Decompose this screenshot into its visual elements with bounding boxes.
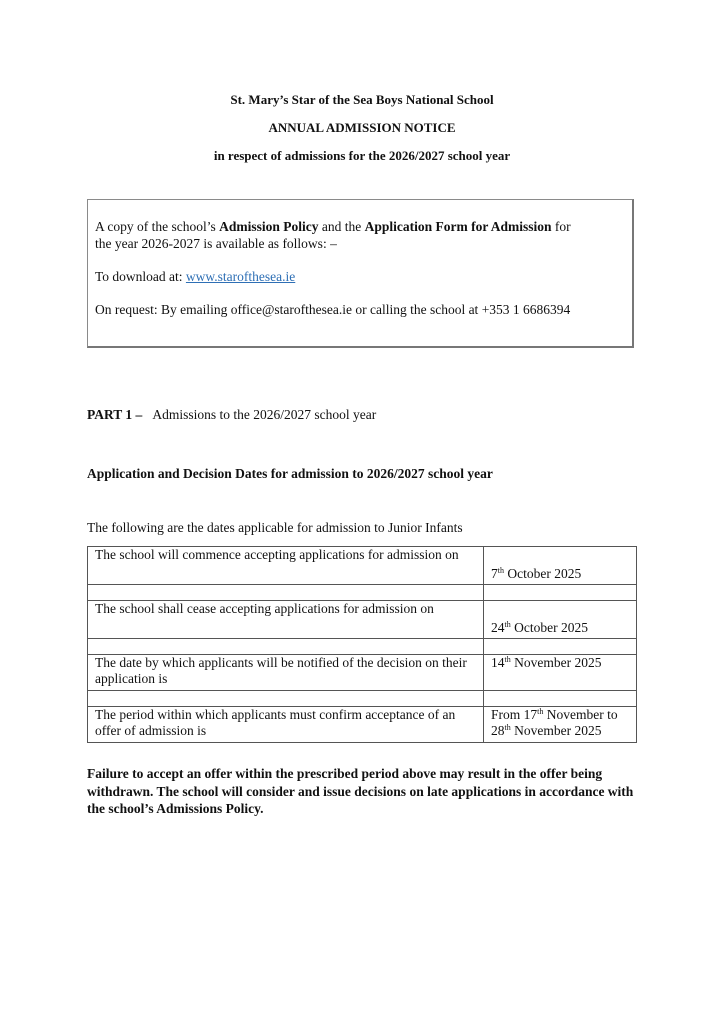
download-line: To download at: www.starofthesea.ie xyxy=(95,268,295,285)
spacer-row xyxy=(88,585,637,601)
table-row: The period within which applicants must … xyxy=(88,707,637,743)
row-date: 24th October 2025 xyxy=(484,601,637,639)
notice-subtitle: in respect of admissions for the 2026/20… xyxy=(0,148,724,164)
section-heading: Application and Decision Dates for admis… xyxy=(87,466,493,482)
row-date: From 17th November to28th November 2025 xyxy=(484,707,637,743)
late-acceptance-warning: Failure to accept an offer within the pr… xyxy=(87,765,647,818)
row-description: The period within which applicants must … xyxy=(88,707,484,743)
part1-text: Admissions to the 2026/2027 school year xyxy=(152,407,376,422)
part1-label: PART 1 – xyxy=(87,407,142,422)
application-form-label: Application Form for Admission xyxy=(365,219,552,234)
school-name: St. Mary’s Star of the Sea Boys National… xyxy=(0,92,724,108)
website-link[interactable]: www.starofthesea.ie xyxy=(186,269,295,284)
intro-text: The following are the dates applicable f… xyxy=(87,520,463,536)
table-row: The school shall cease accepting applica… xyxy=(88,601,637,639)
part1-heading: PART 1 – Admissions to the 2026/2027 sch… xyxy=(87,407,376,423)
row-description: The school will commence accepting appli… xyxy=(88,547,484,585)
row-date: 14th November 2025 xyxy=(484,655,637,691)
request-line: On request: By emailing office@starofthe… xyxy=(95,301,570,318)
spacer-row xyxy=(88,639,637,655)
row-description: The date by which applicants will be not… xyxy=(88,655,484,691)
table-row: The date by which applicants will be not… xyxy=(88,655,637,691)
notice-title: ANNUAL ADMISSION NOTICE xyxy=(0,120,724,136)
availability-intro: A copy of the school’s Admission Policy … xyxy=(95,218,630,252)
row-date: 7th October 2025 xyxy=(484,547,637,585)
row-description: The school shall cease accepting applica… xyxy=(88,601,484,639)
dates-table: The school will commence accepting appli… xyxy=(87,546,637,743)
availability-box: A copy of the school’s Admission Policy … xyxy=(87,199,634,348)
admission-policy-label: Admission Policy xyxy=(219,219,318,234)
table-row: The school will commence accepting appli… xyxy=(88,547,637,585)
spacer-row xyxy=(88,691,637,707)
